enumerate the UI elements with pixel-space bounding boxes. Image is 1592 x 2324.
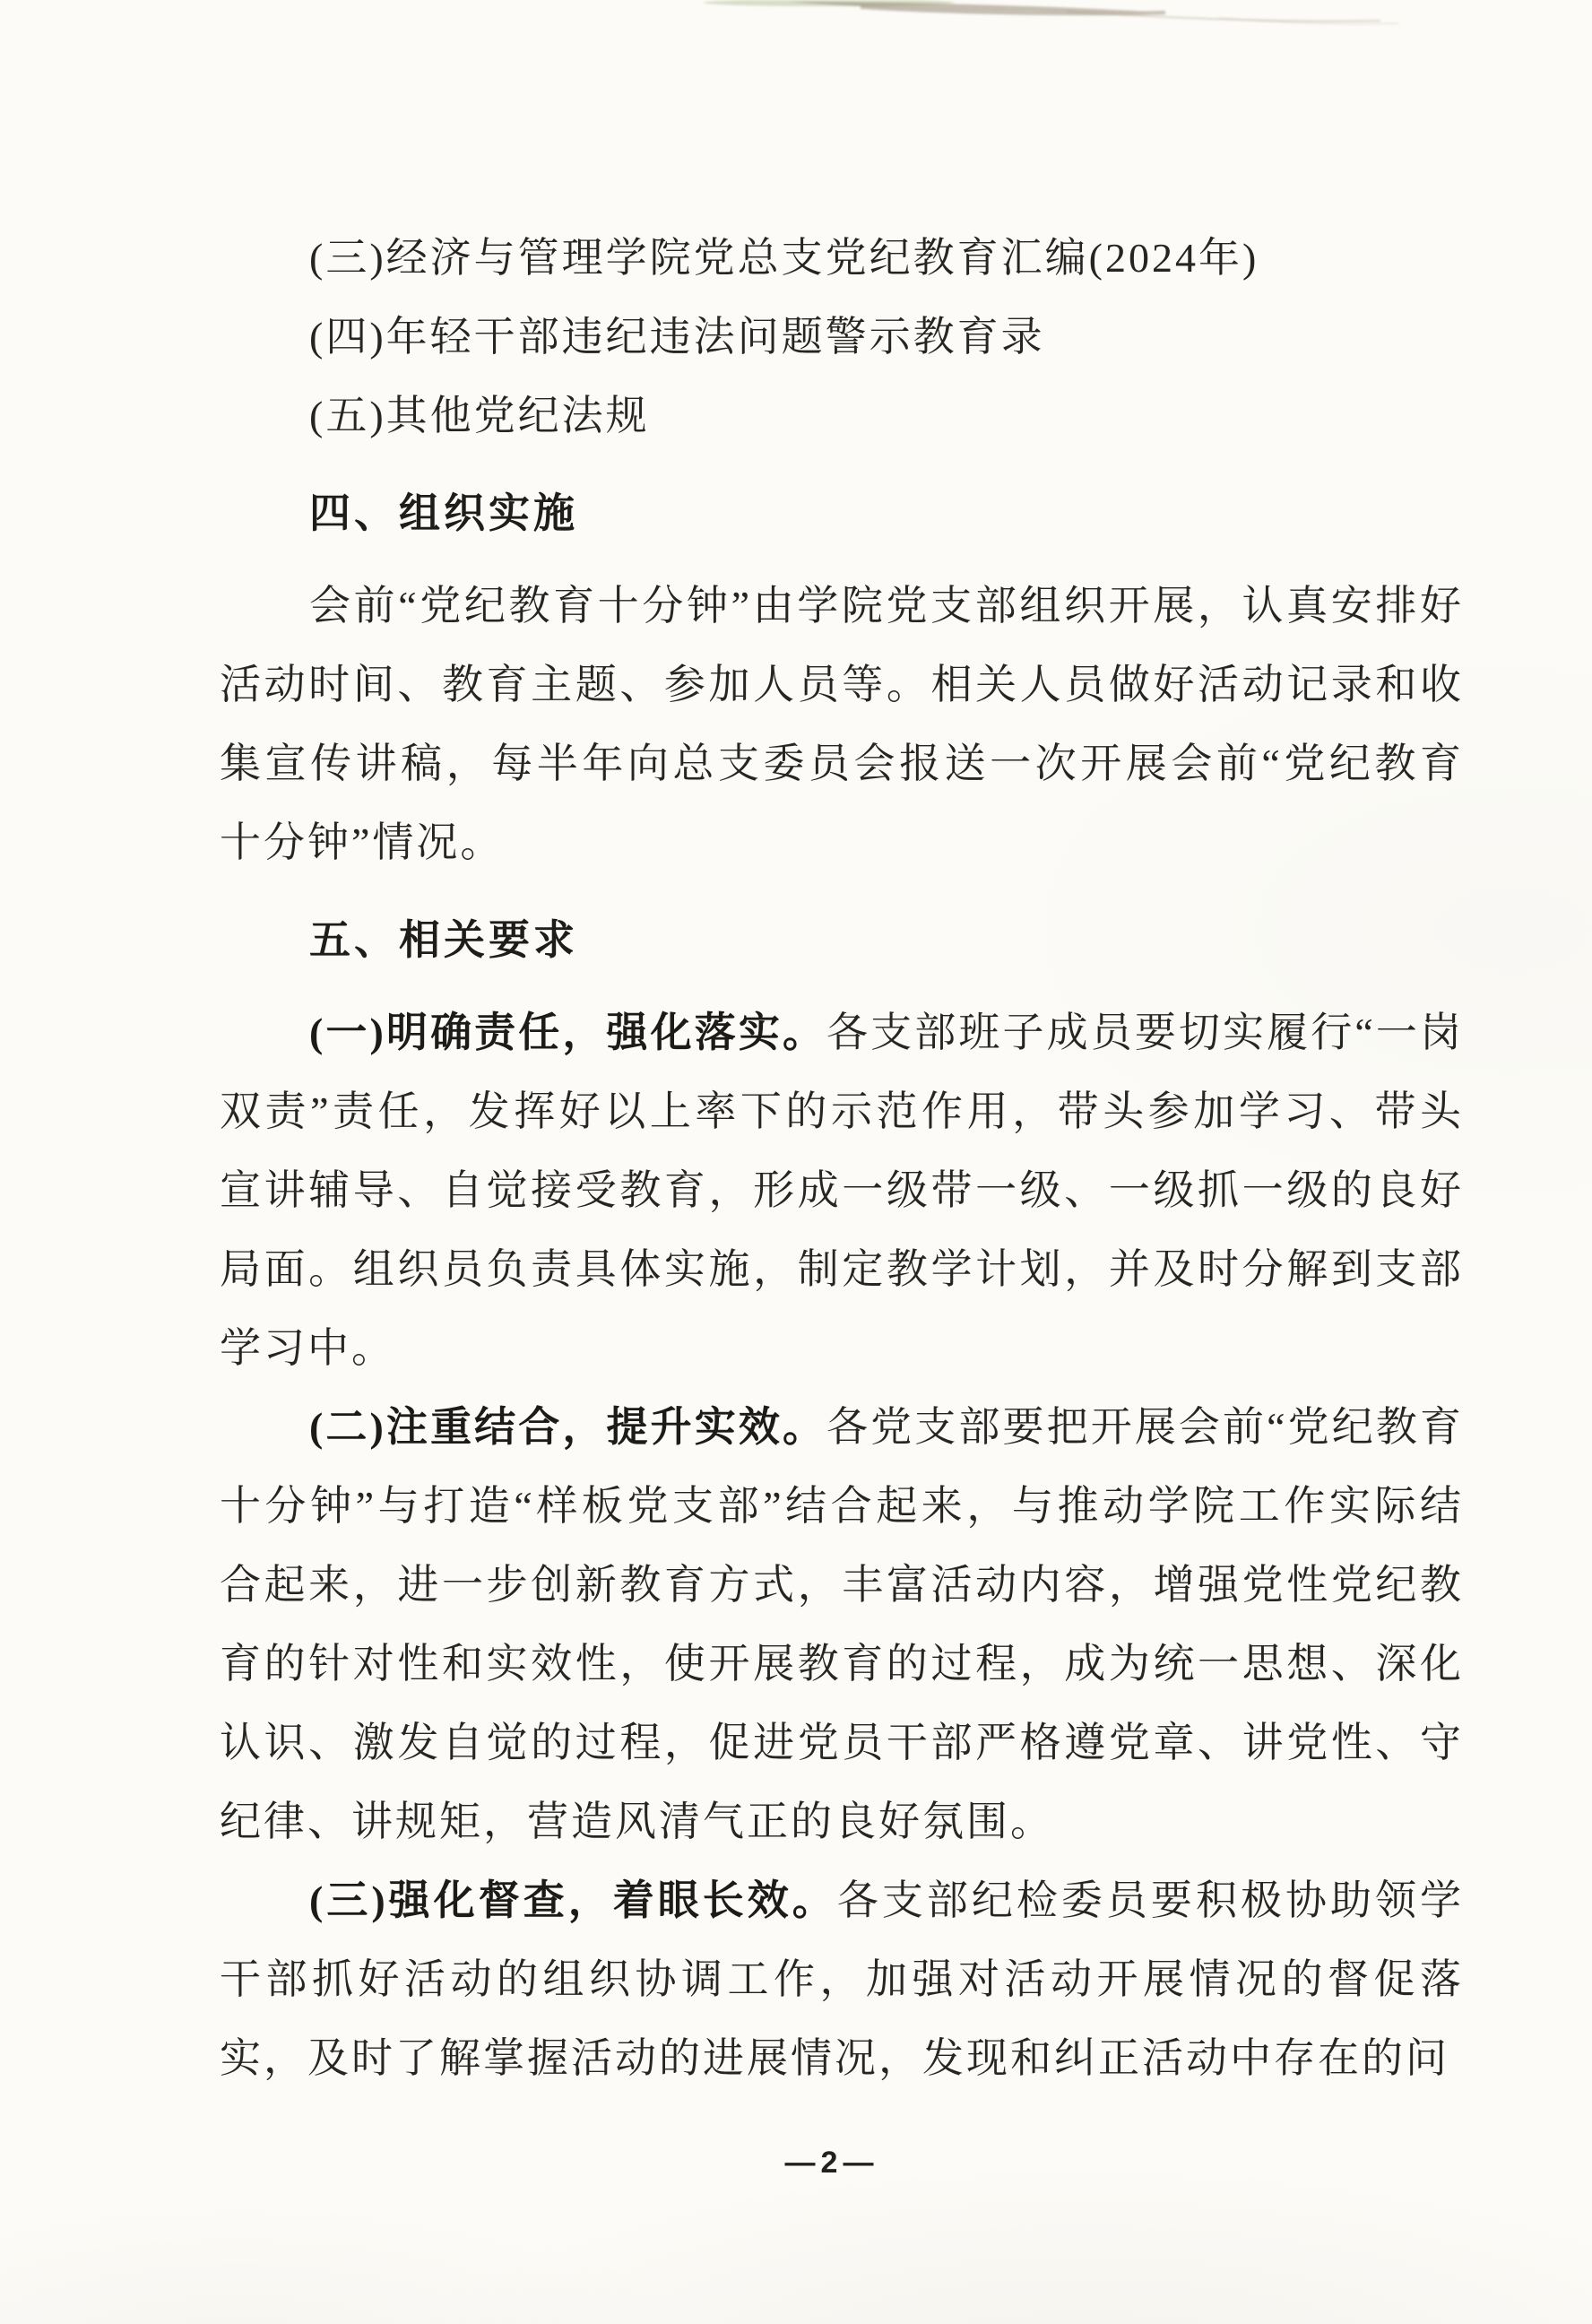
paragraph-lead: (三)强化督查，着眼长效。 (309, 1877, 837, 1923)
scan-smudge-artifact (681, 0, 1425, 39)
page-number: —2— (0, 2123, 1592, 2202)
paragraph-text: 各支部班子成员要切实履行“一岗双责”责任，发挥好以上率下的示范作用，带头参加学习… (220, 1010, 1464, 1371)
requirement-paragraph-2: (二)注重结合，提升实效。各党支部要把开展会前“党纪教育十分钟”与打造“样板党支… (220, 1388, 1464, 1861)
requirement-paragraph-1: (一)明确责任，强化落实。各支部班子成员要切实履行“一岗双责”责任，发挥好以上率… (220, 993, 1464, 1388)
paragraph-text: 会前“党纪教育十分钟”由学院党支部组织开展，认真安排好活动时间、教育主题、参加人… (220, 583, 1464, 865)
paragraph-lead: (二)注重结合，提升实效。 (309, 1404, 826, 1450)
paragraph-text: 各党支部要把开展会前“党纪教育十分钟”与打造“样板党支部”结合起来，与推动学院工… (220, 1404, 1464, 1844)
list-item-4: (四)年轻干部违纪违法问题警示教育录 (220, 298, 1464, 377)
section-heading-five: 五、相关要求 (220, 900, 1464, 979)
section-four-paragraph: 会前“党纪教育十分钟”由学院党支部组织开展，认真安排好活动时间、教育主题、参加人… (220, 567, 1464, 882)
paragraph-lead: (一)明确责任，强化落实。 (309, 1010, 826, 1055)
requirement-paragraph-3: (三)强化督查，着眼长效。各支部纪检委员要积极协助领学干部抓好活动的组织协调工作… (220, 1861, 1464, 2098)
section-heading-four: 四、组织实施 (220, 473, 1464, 552)
document-body: (三)经济与管理学院党总支党纪教育汇编(2024年) (四)年轻干部违纪违法问题… (220, 219, 1464, 2098)
list-item-3: (三)经济与管理学院党总支党纪教育汇编(2024年) (220, 219, 1464, 298)
list-item-5: (五)其他党纪法规 (220, 377, 1464, 455)
document-page: (三)经济与管理学院党总支党纪教育汇编(2024年) (四)年轻干部违纪违法问题… (0, 0, 1592, 2324)
